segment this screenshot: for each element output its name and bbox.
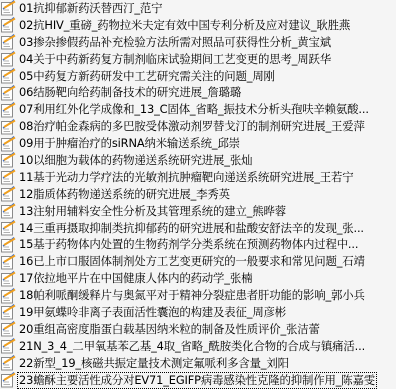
file-list-item[interactable]: 13注射用辅料安全性分析及其管理系统的建立_熊晔蓉	[0, 203, 377, 220]
file-name: 22新型_19_核磁共振定量技术测定氟哌利多含量_刘阳	[17, 355, 291, 372]
file-list-item[interactable]: 01抗抑郁新药沃替西汀_范宁	[0, 0, 377, 17]
document-icon	[0, 136, 16, 152]
file-list-item[interactable]: 15基于药物体内处置的生物药剂学分类系统在预测药物体内过程中...	[0, 236, 377, 253]
document-icon	[0, 372, 16, 388]
file-name: 06结肠靶向给药制备技术的研究进展_詹璐璐	[17, 84, 243, 101]
document-icon	[0, 68, 16, 84]
document-icon	[0, 304, 16, 320]
file-list-item[interactable]: 19甲氨蝶呤非离子表面活性囊泡的构建及表征_周彦彬	[0, 304, 377, 321]
file-name: 09用于肿瘤治疗的siRNA纳米输送系统_邱崇	[17, 135, 242, 152]
file-name: 03掺杂掺假药品补充检验方法所需对照品可获得性分析_黄宝斌	[17, 34, 333, 51]
file-list-item[interactable]: 14三重再摄取抑制类抗抑郁药的研究进展和盐酸安舒法辛的发现_张...	[0, 220, 377, 237]
document-icon	[0, 237, 16, 253]
document-icon	[0, 17, 16, 33]
file-list-item[interactable]: 12脂质体药物递送系统的研究进展_李秀英	[0, 186, 377, 203]
file-name: 14三重再摄取抑制类抗抑郁药的研究进展和盐酸安舒法辛的发现_张...	[17, 220, 366, 237]
file-name: 08治疗帕金森病的多巴胺受体激动剂罗替戈汀的制剂研究进展_王爱萍	[17, 118, 367, 135]
file-name: 21N_3_4_二甲氧基苯乙基_4取_省略_酰胺类化合物的合成与镇痛活...	[17, 338, 367, 355]
file-name: 16已上市口服固体制剂处方工艺变更研究的一般要求和常见问题_石靖	[17, 253, 367, 270]
file-list-panel: 01抗抑郁新药沃替西汀_范宁 02抗HIV_重磅_药物拉米夫定有效中国专利分析及…	[0, 0, 396, 389]
file-list-item[interactable]: 22新型_19_核磁共振定量技术测定氟哌利多含量_刘阳	[0, 355, 377, 372]
file-name: 07利用红外化学成像和_13_C固体_省略_振技术分析头孢呋辛赖氨酸...	[17, 101, 371, 118]
file-name: 13注射用辅料安全性分析及其管理系统的建立_熊晔蓉	[17, 203, 288, 220]
file-list-item[interactable]: 06结肠靶向给药制备技术的研究进展_詹璐璐	[0, 84, 377, 101]
document-icon	[0, 102, 16, 118]
document-icon	[0, 271, 16, 287]
document-icon	[0, 321, 16, 337]
file-list-item[interactable]: 11基于光动力学疗法的光敏剂抗肿瘤靶向递送系统研究进展_王若宁	[0, 169, 377, 186]
document-icon	[0, 119, 16, 135]
file-list: 01抗抑郁新药沃替西汀_范宁 02抗HIV_重磅_药物拉米夫定有效中国专利分析及…	[0, 0, 377, 388]
file-list-item[interactable]: 18帕利哌酮缓释片与奥氮平对于精神分裂症患者肝功能的影响_郭小兵	[0, 287, 377, 304]
file-list-item[interactable]: 07利用红外化学成像和_13_C固体_省略_振技术分析头孢呋辛赖氨酸...	[0, 101, 377, 118]
file-list-item[interactable]: 21N_3_4_二甲氧基苯乙基_4取_省略_酰胺类化合物的合成与镇痛活...	[0, 338, 377, 355]
document-icon	[0, 203, 16, 219]
document-icon	[0, 169, 16, 185]
file-name: 19甲氨蝶呤非离子表面活性囊泡的构建及表征_周彦彬	[17, 304, 288, 321]
file-name: 11基于光动力学疗法的光敏剂抗肿瘤靶向递送系统研究进展_王若宁	[17, 169, 355, 186]
document-icon	[0, 220, 16, 236]
file-list-item[interactable]: 08治疗帕金森病的多巴胺受体激动剂罗替戈汀的制剂研究进展_王爱萍	[0, 118, 377, 135]
file-list-item[interactable]: 04关于中药新药复方制剂临床试验期间工艺变更的思考_周跃华	[0, 51, 377, 68]
file-list-item[interactable]: 20重组高密度脂蛋白载基因纳米粒的制备及性质评价_张洁蕾	[0, 321, 377, 338]
document-icon	[0, 254, 16, 270]
file-list-item[interactable]: 03掺杂掺假药品补充检验方法所需对照品可获得性分析_黄宝斌	[0, 34, 377, 51]
file-name: 12脂质体药物递送系统的研究进展_李秀英	[17, 186, 232, 203]
document-icon	[0, 152, 16, 168]
document-icon	[0, 288, 16, 304]
document-icon	[0, 34, 16, 50]
file-name: 23蟾酥主要活性成分对EV71_EGIFP病毒感染性克隆的抑制作用_陈嘉雯	[17, 372, 377, 389]
file-list-item[interactable]: 16已上市口服固体制剂处方工艺变更研究的一般要求和常见问题_石靖	[0, 253, 377, 270]
file-name: 10以细胞为载体的药物递送系统研究进展_张灿	[17, 152, 254, 169]
file-name: 20重组高密度脂蛋白载基因纳米粒的制备及性质评价_张洁蕾	[17, 321, 322, 338]
file-list-item[interactable]: 23蟾酥主要活性成分对EV71_EGIFP病毒感染性克隆的抑制作用_陈嘉雯	[0, 372, 377, 389]
file-name: 15基于药物体内处置的生物药剂学分类系统在预测药物体内过程中...	[17, 236, 360, 253]
file-name: 01抗抑郁新药沃替西汀_范宁	[17, 0, 164, 17]
document-icon	[0, 355, 16, 371]
document-icon	[0, 85, 16, 101]
file-name: 17依拉地平片在中国健康人体内的药动学_张楠	[17, 270, 254, 287]
file-list-item[interactable]: 09用于肿瘤治疗的siRNA纳米输送系统_邱崇	[0, 135, 377, 152]
file-list-item[interactable]: 17依拉地平片在中国健康人体内的药动学_张楠	[0, 270, 377, 287]
file-list-item[interactable]: 10以细胞为载体的药物递送系统研究进展_张灿	[0, 152, 377, 169]
file-name: 02抗HIV_重磅_药物拉米夫定有效中国专利分析及应对建议_耿胜燕	[17, 17, 352, 34]
document-icon	[0, 0, 16, 16]
document-icon	[0, 51, 16, 67]
file-list-item[interactable]: 05中药复方新药研发中工艺研究需关注的问题_周刚	[0, 68, 377, 85]
document-icon	[0, 186, 16, 202]
file-list-item[interactable]: 02抗HIV_重磅_药物拉米夫定有效中国专利分析及应对建议_耿胜燕	[0, 17, 377, 34]
file-name: 04关于中药新药复方制剂临床试验期间工艺变更的思考_周跃华	[17, 51, 333, 68]
document-icon	[0, 338, 16, 354]
file-name: 18帕利哌酮缓释片与奥氮平对于精神分裂症患者肝功能的影响_郭小兵	[17, 287, 367, 304]
file-name: 05中药复方新药研发中工艺研究需关注的问题_周刚	[17, 68, 277, 85]
